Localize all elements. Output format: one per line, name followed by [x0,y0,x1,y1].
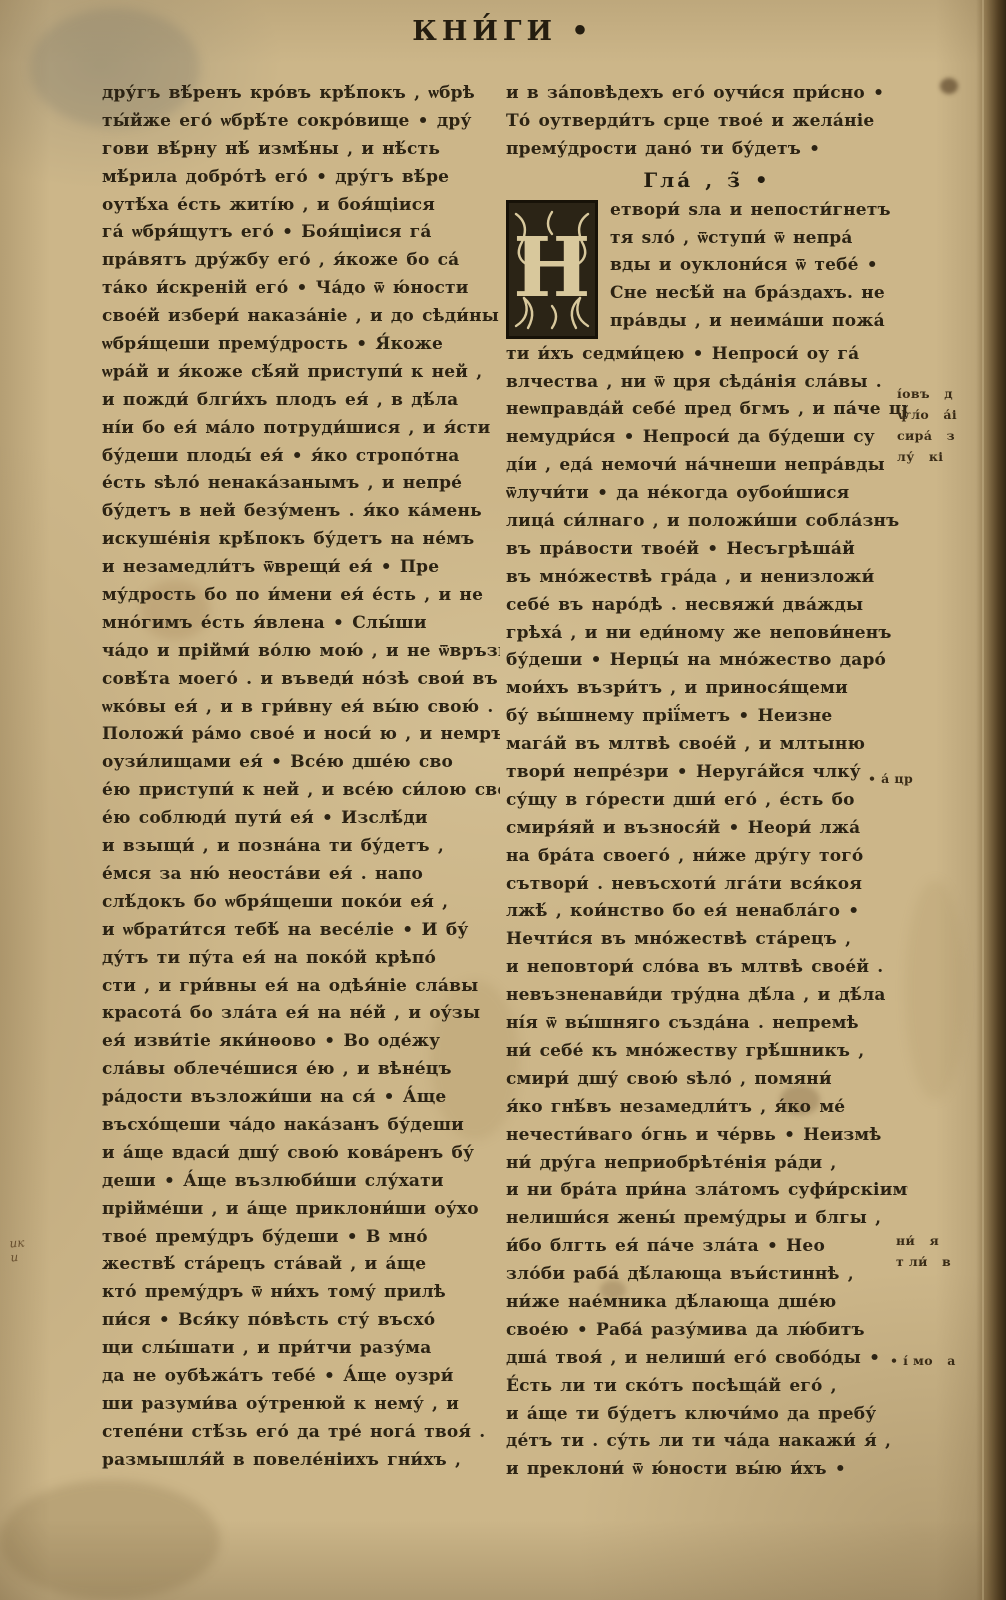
text-line: ея́ изви́тіе яки́нѳово • Во оде́жу [102,1028,500,1056]
running-title: КНИ́ГИ • [0,16,1006,47]
text-line: грѣха́ , и ни еди́ному же непови́ненъ [506,620,908,648]
text-line: ча́до и прійми́ во́лю мою́ , и не ѿвръзи [102,638,500,666]
text-line: нелиши́ся жены́ прему́дры и блгы , [506,1205,908,1233]
text-line: ні́и бо ея́ ма́ло потруди́шися , и я́сти [102,415,500,443]
text-line: е́сть ѕѣло́ ненака́занымъ , и непре́ [102,470,500,498]
text-line: сира́ з [897,425,957,446]
margin-note-reference: • і́ мо а [890,1350,956,1371]
text-line: прійме́ши , и а́ще приклони́ши оу́хо [102,1196,500,1224]
text-line: му́дрость бо по и́мени ея́ е́сть , и не [102,582,500,610]
text-line: смири́ дшу́ свою́ ѕѣло́ , помяни́ [506,1066,908,1094]
text-line: ни́ дру́га неприобрѣте́нія ра́ди , [506,1150,908,1178]
text-line: пра́вятъ дру́жбу его́ , я́коже бо са́ [102,247,500,275]
text-line: сти , и гри́вны ея́ на одѣя́ніе сла́вы [102,973,500,1001]
text-line: на бра́та своего́ , ни́же дру́гу того́ [506,843,908,871]
chapter-heading: Гла́ , з̃ • [506,164,908,197]
text-line: въ пра́вости твое́й • Несъгрѣша́й [506,536,908,564]
text-line: То́ оутверди́тъ срце твое́ и жела́ніе [506,108,908,136]
text-line: въсхо́щеши ча́до нака́занъ бу́деши [102,1112,500,1140]
text-line: т ли́ в [896,1251,951,1272]
text-line: ти и́хъ седми́цею • Непроси́ оу га́ [506,341,908,369]
text-line: неѡправда́й себе́ пред бгмъ , и па́че цр… [506,396,908,424]
text-line: совѣ́та моего́ . и въведи́ но́зѣ свои́ в… [102,666,500,694]
text-line: и взыщи́ , и позна́на ти бу́детъ , [102,833,500,861]
text-line: Положи́ ра́мо свое́ и носи́ ю , и немръз… [102,721,500,749]
text-line: твое́ прему́дръ бу́деши • В мно́ [102,1224,500,1252]
text-line: Е́сть ли ти ско́тъ посѣща́й его́ , [506,1373,908,1401]
text-line: е́ю приступи́ к ней , и все́ю си́лою сво [102,777,500,805]
text-line: ик [9,1236,25,1251]
text-line: ши разуми́ва оу́тренюй к нему́ , и [102,1391,500,1419]
margin-note-reference: • а́ цр [868,768,913,789]
text-line: невъзненави́ди тру́дна дѣ́ла , и дѣ́ла [506,982,908,1010]
text-line: прему́дрости дано́ ти бу́детъ • [506,136,908,164]
text-line: и преклони́ ѿ ю́ности вы́ю и́хъ • [506,1456,908,1484]
margin-note-references: і́овъ дѱл́о а́ісира́ злу́ кі [897,383,957,467]
text-line: ты́йже его́ ѡбрѣ́те сокро́вище • дру́ [102,108,500,136]
text-line: оутѣ́ха е́сть житі́ю , и боя́щіися [102,192,500,220]
text-line: сътвори́ . невъсхоти́ лга́ти вся́коя [506,871,908,899]
handwritten-mark: ики [9,1236,26,1265]
text-line: бу́деши плоды́ ея́ • я́ко стропо́тна [102,443,500,471]
text-line: ни́ я [896,1230,951,1251]
chapter-opening-paragraph: Н етвори́ ѕла и непости́гнетътя ѕло́ , ѿ… [506,197,908,341]
text-line: ѡбря́щеши прему́дрость • Я́коже [102,331,500,359]
text-line: су́щу в го́рести дши́ его́ , е́сть бо [506,787,908,815]
text-line: лжѣ́ , кои́нство бо ея́ ненабла́го • [506,898,908,926]
text-line: Нечти́ся въ мно́жествѣ ста́рецъ , [506,926,908,954]
text-line: бу́детъ в ней безу́менъ . я́ко ка́мень [102,498,500,526]
text-line: и ѡбрати́тся тебѣ́ на весе́ліе • И бу́ [102,917,500,945]
text-line: и в за́повѣдехъ его́ оучи́ся при́сно • [506,80,908,108]
text-line: бу́ вы́шнему прії́метъ • Неизне [506,703,908,731]
woodcut-initial-icon: Н [506,200,598,339]
text-line: ду́тъ ти пу́та ея́ на поко́й крѣпо́ [102,945,500,973]
text-line: ни́же нае́мника дѣ́лающа дше́ю [506,1289,908,1317]
text-line: да не оубѣжа́тъ тебе́ • А́ще оузри́ [102,1363,500,1391]
text-line: сла́вы облече́шися е́ю , и вѣне́цъ [102,1056,500,1084]
right-column-intro: и в за́повѣдехъ его́ оучи́ся при́сно •То… [506,80,908,164]
text-line: слѣ́докъ бо ѡбря́щеши поко́и ея́ , [102,889,500,917]
text-line: и а́ще ти бу́детъ ключи́мо да пребу́ [506,1401,908,1429]
drop-cap-letter: Н [513,220,591,316]
text-line: красота́ бо зла́та ея́ на не́й , и оу́зы [102,1000,500,1028]
text-line: твори́ непре́зри • Неруга́йся члку́ [506,759,908,787]
ink-blot [940,78,958,94]
text-line: де́тъ ти . су́ть ли ти ча́да накажи́ я́ … [506,1428,908,1456]
text-line: і́овъ д [897,383,957,404]
right-text-column: и в за́повѣдехъ его́ оучи́ся при́сно •То… [506,80,908,1490]
text-line: ѡра́й и я́коже сѣ́яй приступи́ к ней , [102,359,500,387]
text-line: ді́и , еда́ немочи́ на́чнеши непра́вды [506,452,908,480]
text-line: пи́ся • Вся́ку по́вѣсть сту́ въсхо́ [102,1307,500,1335]
text-line: • і́ мо а [890,1350,956,1371]
text-line: дша́ твоя́ , и нелиши́ его́ свобо́ды • [506,1345,908,1373]
text-line: и а́ще вдаси́ дшу́ свою́ кова́ренъ бу́ [102,1140,500,1168]
text-line: мои́хъ възри́тъ , и принося́щеми [506,675,908,703]
text-line: ѱл́о а́і [897,404,957,425]
text-line: лица́ си́лнаго , и положи́ши собла́знъ [506,508,908,536]
text-line: та́ко и́скреній его́ • Ча́до ѿ ю́ности [102,275,500,303]
text-line: мно́гимъ е́сть я́влена • Слы́ши [102,610,500,638]
text-line: деши • А́ще възлюби́ши слу́хати [102,1168,500,1196]
text-line: смиря́яй и възнося́й • Неори́ лжа́ [506,815,908,843]
left-text-column: дру́гъ вѣ́ренъ кро́въ крѣ́покъ , ѡбрѣты́… [102,80,500,1480]
text-line: жествѣ́ ста́рецъ ста́вай , и а́ще [102,1251,500,1279]
text-line: дру́гъ вѣ́ренъ кро́въ крѣ́покъ , ѡбрѣ [102,80,500,108]
text-line: га́ ѡбря́щутъ его́ • Боя́щіися га́ [102,219,500,247]
text-line: и пожди́ блги́хъ плодъ ея́ , в дѣ́ла [102,387,500,415]
text-line: свое́й избери́ наказа́ніе , и до сѣди́ны [102,303,500,331]
paper-stain [905,880,965,1100]
margin-note-references: ни́ ят ли́ в [896,1230,951,1272]
text-line: свое́ю • Раба́ разу́мива да лю́битъ [506,1317,908,1345]
right-column-body: ти и́хъ седми́цею • Непроси́ оу га́влчес… [506,341,908,1485]
text-line: е́ю соблюди́ пути́ ея́ • Изслѣ́ди [102,805,500,833]
text-line: въ мно́жествѣ гра́да , и ненизложи́ [506,564,908,592]
text-line: е́мся за ню́ неоста́ви ея́ . напо [102,861,500,889]
text-line: кто́ прему́дръ ѿ ни́хъ тому́ прилѣ [102,1279,500,1307]
text-line: ні́я ѿ вы́шняго създа́на . непремѣ [506,1010,908,1038]
book-page: { "page": { "running_title": "КНИ́ГИ •",… [0,0,1006,1600]
text-line: оузи́лищами ея́ • Все́ю дше́ю сво [102,749,500,777]
paper-stain [0,1480,220,1600]
text-line: и неповтори́ сло́ва въ млтвѣ свое́й . [506,954,908,982]
text-line: щи слы́шати , и при́тчи разу́ма [102,1335,500,1363]
text-line: гови вѣ́рну нѣ́ измѣ́ны , и нѣ́сть [102,136,500,164]
text-line: нечести́ваго о́гнь и че́рвь • Неизмѣ [506,1122,908,1150]
text-line: ѿлучи́ти • да не́когда оубои́шися [506,480,908,508]
text-line: влчества , ни ѿ цря сѣда́нія сла́вы . [506,369,908,397]
text-line: себе́ въ наро́дѣ . несвяжи́ два́жды [506,592,908,620]
text-line: я́ко гнѣ́въ незамедли́тъ , я́ко ме́ [506,1094,908,1122]
text-line: бу́деши • Нерцы́ на мно́жество даро́ [506,647,908,675]
text-line: мѣ́рила добро́тѣ его́ • дру́гъ вѣ́ре [102,164,500,192]
text-line: размышля́й в повеле́ніихъ гни́хъ , [102,1447,500,1475]
text-line: степе́ни стѣ́зь его́ да тре́ нога́ твоя́… [102,1419,500,1447]
text-line: ра́дости възложи́ши на ся́ • А́ще [102,1084,500,1112]
text-line: и незамедли́тъ ѿврещи́ ея́ • Пре [102,554,500,582]
text-line: искуше́нія крѣ́покъ бу́детъ на не́мъ [102,526,500,554]
text-line: зло́би раба́ дѣ́лающа въи́стиннѣ , [506,1261,908,1289]
text-line: и [10,1249,26,1264]
text-line: немудри́ся • Непроси́ да бу́деши су [506,424,908,452]
text-line: ѡко́вы ея́ , и в гри́вну ея́ вы́ю свою́ … [102,694,500,722]
text-line: • а́ цр [868,768,913,789]
text-line: мага́й въ млтвѣ свое́й , и млтыню [506,731,908,759]
text-line: лу́ кі [897,446,957,467]
text-line: ни́ себе́ къ мно́жеству грѣ́шникъ , [506,1038,908,1066]
text-line: и ни бра́та при́на зла́томъ суфи́рскіимъ… [506,1177,908,1205]
text-line: и́бо блгть ея́ па́че зла́та • Нео [506,1233,908,1261]
binding-edge [976,0,1006,1600]
